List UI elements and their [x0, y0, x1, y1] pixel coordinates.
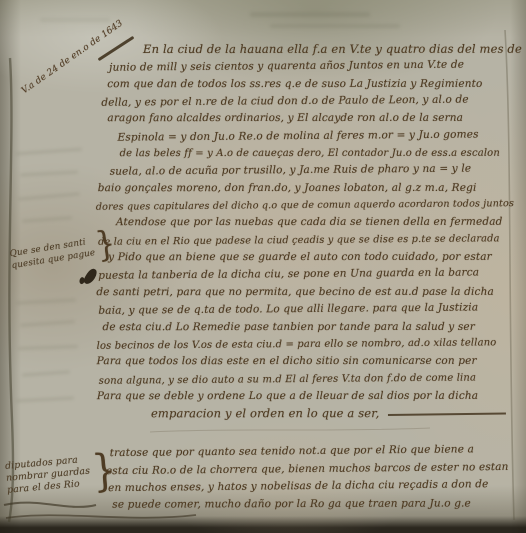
closing-rule-stroke [387, 412, 505, 415]
bleed-through-mark [270, 24, 400, 28]
manuscript-line: de esta ciu.d Lo Remedie pase tanbien po… [102, 318, 504, 336]
manuscript-line: de la ciu en el Rio que padese la ciud ç… [98, 230, 504, 251]
manuscript-line: sona alguna, y se dio auto a su m.d El a… [99, 369, 505, 390]
bleed-through-mark [22, 216, 72, 222]
bleed-through-mark [16, 148, 82, 156]
manuscript-line: suela, al.o de acuña por trusillo, y Ja.… [110, 161, 504, 182]
manuscript-line: aragon fano alcaldes ordinarios, y El al… [107, 110, 503, 128]
manuscript-line: junio de mill y seis cientos y quarenta … [109, 57, 503, 78]
manuscript-line: baia, y que se de q.ta de todo. Lo que a… [98, 299, 504, 320]
bleed-through-mark [20, 320, 75, 327]
manuscript-line: emparacion y el orden en lo que a ser, [151, 405, 380, 423]
photo-frame: V.a de 24 de en.o de 1643 En la ciud de … [0, 0, 526, 533]
bottom-text-block: tratose que por quanto sea tenido not.a … [110, 441, 511, 515]
manuscript-line: com que dan de todos los ss.res q.e de s… [107, 75, 503, 93]
manuscript-line: Espinola = y don Ju.o Re.o de molina al … [117, 126, 503, 147]
bleed-through-mark [18, 192, 80, 200]
manuscript-line: Para que se deble y ordene Lo que a de l… [97, 388, 505, 406]
bleed-through-mark [250, 12, 370, 17]
bleed-through-mark [16, 396, 74, 402]
bleed-through-mark [20, 170, 78, 176]
manuscript-line: los becinos de los V.os de esta ciu.d = … [97, 334, 505, 355]
bleed-through-mark [22, 370, 70, 376]
manuscript-page: V.a de 24 de en.o de 1643 En la ciud de … [0, 0, 526, 533]
manuscript-line: se puede comer, mucho daño por la Ro ga … [112, 495, 510, 514]
manuscript-line: en muchos enses, y hatos y nobelisas de … [108, 476, 510, 498]
manuscript-line: Atendose que por las nuebas que cada dia… [116, 214, 504, 232]
manuscript-line: de santi petri, para que no permita, que… [96, 284, 504, 302]
bleed-through-mark [40, 18, 110, 22]
manuscript-line: Para que todos los dias este en el dicho… [97, 353, 505, 371]
bleed-through-mark [18, 345, 78, 350]
manuscript-line: baio gonçales moreno, don fran.do, y Joa… [98, 180, 504, 198]
main-text-block: En la ciud de la hauana ella f.a en V.te… [95, 40, 505, 424]
manuscript-line: puesta la tanberia de la dicha ciu, se p… [98, 265, 504, 286]
bleed-through-mark [16, 298, 76, 304]
margin-note-2: diputados para nombrar guardas para el d… [4, 447, 118, 500]
